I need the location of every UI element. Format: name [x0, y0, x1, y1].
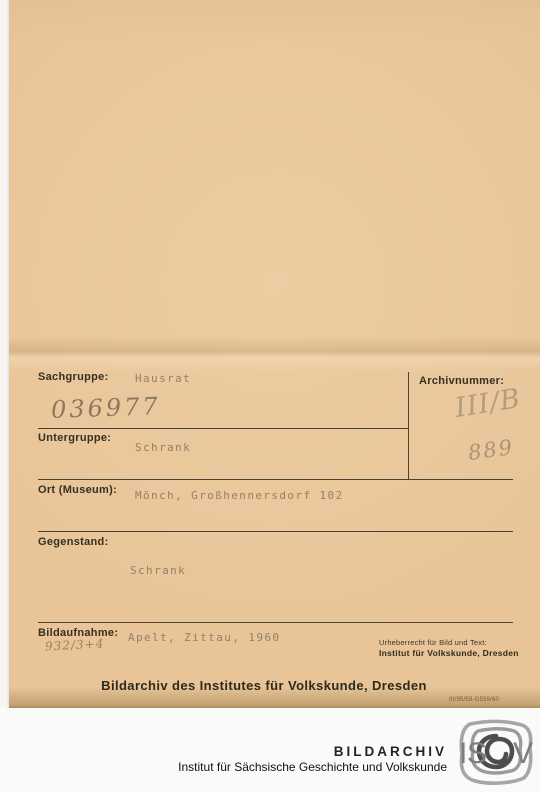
- archivnummer-label: Archivnummer:: [419, 375, 504, 387]
- archivnummer-divider-line: [408, 372, 409, 479]
- bildaufnahme-handwritten-number: 932/3+4: [45, 636, 105, 653]
- ort-museum-label: Ort (Museum):: [38, 484, 117, 496]
- footer-subtitle: Institut für Sächsische Geschichte und V…: [178, 760, 447, 774]
- isgv-logo-graphic: I S V: [456, 718, 536, 792]
- footer-title: BILDARCHIV: [178, 744, 447, 759]
- footer-text-block: BILDARCHIV Institut für Sächsische Gesch…: [178, 744, 447, 774]
- copyright-line1: Urheberrecht für Bild und Text:: [379, 638, 487, 647]
- rule-under-sachgruppe: [38, 428, 408, 429]
- card-footer-title: Bildarchiv des Institutes für Volkskunde…: [39, 678, 489, 693]
- ort-museum-typed-value: Mönch, Großhennersdorf 102: [135, 489, 344, 502]
- rule-under-ort: [38, 531, 513, 532]
- sachgruppe-handwritten-number: 036977: [51, 392, 162, 424]
- rule-under-untergruppe: [38, 479, 513, 480]
- scanned-archive-card-page: Sachgruppe: Hausrat 036977 Archivnummer:…: [0, 0, 540, 792]
- archive-index-card: Sachgruppe: Hausrat 036977 Archivnummer:…: [9, 0, 540, 708]
- archivnummer-handwritten-top: III/B: [453, 383, 523, 424]
- isgv-logo: I S V: [456, 718, 536, 792]
- logo-letter-v: V: [513, 737, 533, 770]
- rule-under-gegenstand: [38, 622, 513, 623]
- print-run-code: III/95/59-G559/60: [449, 697, 540, 703]
- copyright-line2: Institut für Volkskunde, Dresden: [379, 648, 519, 658]
- archivnummer-handwritten-bottom: 889: [467, 435, 516, 465]
- logo-letter-s: S: [467, 737, 487, 770]
- untergruppe-label: Untergruppe:: [38, 432, 111, 444]
- gegenstand-typed-value: Schrank: [130, 564, 186, 577]
- bildaufnahme-typed-value: Apelt, Zittau, 1960: [128, 631, 280, 644]
- gegenstand-label: Gegenstand:: [38, 536, 109, 548]
- untergruppe-typed-value: Schrank: [135, 441, 191, 454]
- sachgruppe-label: Sachgruppe:: [38, 371, 109, 383]
- sachgruppe-typed-value: Hausrat: [135, 372, 191, 385]
- page-footer: BILDARCHIV Institut für Sächsische Gesch…: [0, 708, 540, 792]
